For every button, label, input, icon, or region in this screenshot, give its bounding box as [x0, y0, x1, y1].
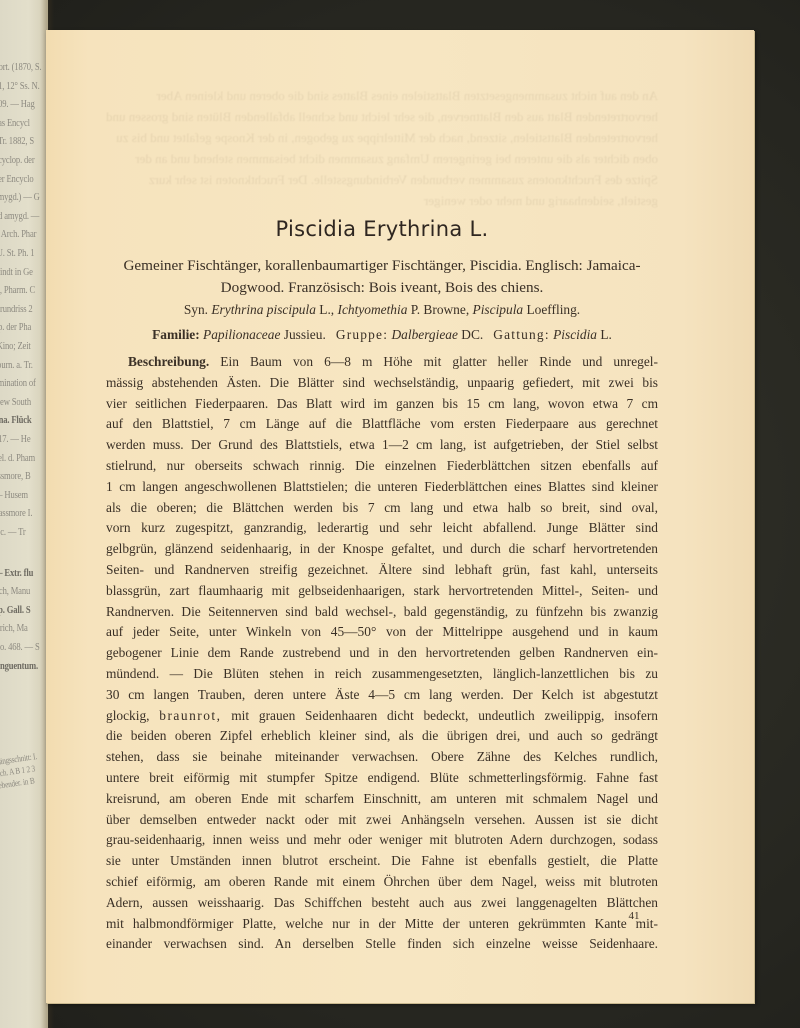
familie-name: Papilionaceae	[203, 327, 280, 342]
left-page-text-fragment: 809. — Hag	[0, 97, 41, 111]
description-line: stielrund, nur oberseits schwach rinnig.…	[106, 456, 658, 477]
description-line: einander verwachsen sind. An derselben S…	[106, 934, 658, 955]
left-page-text-fragment: op. der Pha	[0, 320, 41, 334]
left-page-text-fragment: — Husem	[0, 488, 41, 502]
show-through-text: An den auf nicht zusammengesetzten Blatt…	[106, 85, 658, 235]
gattung-author: L.	[600, 327, 612, 342]
left-page-text-fragment: 417. — He	[0, 432, 41, 446]
left-page-text-fragment: windt in Ge	[0, 265, 41, 279]
description-line: gebogener Linie dem Rande zustrebend und…	[106, 643, 658, 664]
left-page-text-fragment: Journ. a. Tr.	[0, 358, 41, 372]
book-page: An den auf nicht zusammengesetzten Blatt…	[46, 30, 754, 1003]
gattung-name: Piscidia	[553, 327, 597, 342]
synonym-author: L.,	[319, 302, 334, 317]
description-paragraph: Beschreibung. Ein Baum von 6—8 m Höhe mi…	[106, 352, 658, 955]
description-line: als die oberen; die Blättchen werden bis…	[106, 498, 658, 519]
left-page-text-fragment: yel. d. Pham	[0, 451, 41, 465]
description-line: glockig, braunrot, mit grauen Seidenhaar…	[106, 706, 658, 727]
page-number: 41	[622, 910, 646, 922]
description-line: untere breit eiförmig mit stumpfer Spitz…	[106, 768, 658, 789]
page-title: Piscidia Erythrina L.	[106, 217, 658, 241]
left-page-text-fragment: das Encycl	[0, 116, 41, 130]
description-line: mit halbmondförmiger Platte, welche nur …	[106, 914, 658, 935]
description-line: Adern, aussen weisshaarig. Das Schiffche…	[106, 893, 658, 914]
left-page-text-fragment: Port. (1870, S.	[0, 60, 41, 74]
synonym-author: Loeffling.	[526, 302, 580, 317]
left-page-text-fragment: Passmore I.	[0, 506, 41, 520]
description-line: Seiten- und Randnerven streifig gezeichn…	[106, 560, 658, 581]
left-page-text-fragment: s, Arch. Phar	[0, 227, 41, 241]
description-line: kreisrund, am oberen Ende mit scharfem E…	[106, 789, 658, 810]
description-line: mässig abstehenden Ästen. Die Blätter si…	[106, 373, 658, 394]
synonyms-line: Syn. Erythrina piscipula L., Ichtyomethi…	[106, 302, 658, 318]
synonym-name: Erythrina piscipula	[211, 302, 316, 317]
description-line: stehen, dass sie beinahe miteinander ver…	[106, 747, 658, 768]
left-page-text-fragment: — Extr. flu	[0, 566, 41, 580]
description-line: 1 cm langen angeschwollenen Blattstielen…	[106, 477, 658, 498]
left-page-text-fragment: No. 468. — S	[0, 640, 41, 654]
description-line: Randnerven. Die Seitennerven sind bald w…	[106, 602, 658, 623]
left-page-text-fragment: -Kino; Zeit	[0, 339, 41, 353]
description-lead: Beschreibung.	[128, 354, 209, 369]
description-line: auf jeder Seite, unter Winkeln von 45—50…	[106, 622, 658, 643]
left-page-text-fragment: nd amygd. —	[0, 209, 41, 223]
gruppe-label: Gruppe:	[336, 327, 388, 342]
synonym-name: Ichtyomethia	[338, 302, 408, 317]
description-line: grau-seidenhaarig, innen weiss und mehr …	[106, 830, 658, 851]
common-names-line-1: Gemeiner Fischtänger, korallenbaumartige…	[106, 255, 658, 277]
gruppe-name: Dalbergieae	[391, 327, 457, 342]
familie-author: Jussieu.	[284, 327, 326, 342]
gattung-label: Gattung:	[493, 327, 549, 342]
left-page-text-fragment: el, Pharm. C	[0, 283, 41, 297]
left-page-text-fragment: . Tr. 1882, S	[0, 134, 41, 148]
description-line: die beiden oberen Zipfel erheblich klein…	[106, 726, 658, 747]
description-line: vier seitlichen Fiederpaaren. Das Blatt …	[106, 394, 658, 415]
left-page-text-fragment: 91, 12° Ss. N.	[0, 79, 41, 93]
gruppe-author: DC.	[461, 327, 483, 342]
left-page-text-fragment: der Encyclo	[0, 172, 41, 186]
description-line: Beschreibung. Ein Baum von 6—8 m Höhe mi…	[106, 352, 658, 373]
common-names: Gemeiner Fischtänger, korallenbaumartige…	[106, 255, 658, 299]
description-line: gelbgrün, glänzend seidenhaarig, in der …	[106, 539, 658, 560]
left-page-text-fragment: ncyclop. der	[0, 153, 41, 167]
description-line: über demselben entweder nackt oder mit z…	[106, 810, 658, 831]
left-page-text-fragment: amygd.) — G	[0, 190, 41, 204]
left-page-text-fragment: nna. Flück	[0, 413, 41, 427]
description-line: werden muss. Der Grund des Blattstiels, …	[106, 435, 658, 456]
spaced-word-braunrot: braunrot,	[159, 708, 221, 723]
description-line: blassgrün, zart flaumhaarig mit gelbseid…	[106, 581, 658, 602]
synonym-author: P. Browne,	[411, 302, 469, 317]
synonyms-prefix: Syn.	[184, 302, 208, 317]
left-page-text-fragment: New South	[0, 395, 41, 409]
description-line: 30 cm langen Trauben, deren untere Äste …	[106, 685, 658, 706]
left-page-text-fragment: assmore, B	[0, 469, 41, 483]
left-page-text-fragment: op. Gall. S	[0, 603, 41, 617]
description-line: sie unter Umständen innen blutrot ersche…	[106, 851, 658, 872]
left-page-text-fragment: rich, Manu	[0, 584, 41, 598]
left-page-text-fragment: Grundriss 2	[0, 302, 41, 316]
description-line: mündend. — Die Blüten stehen in reich zu…	[106, 664, 658, 685]
description-line: vorn kurz zugespitzt, ganzrandig, ledera…	[106, 518, 658, 539]
left-page-text-fragment: Unguentum.	[0, 659, 41, 673]
left-page-text-fragment: terich, Ma	[0, 621, 41, 635]
common-names-line-2: Dogwood. Französisch: Bois iveant, Bois …	[106, 277, 658, 299]
left-page-text-fragment: -U. St. Ph. 1	[0, 246, 41, 260]
description-line: auf den Blattstiel, 7 cm Länge auf die B…	[106, 414, 658, 435]
taxonomy-line: Familie: Papilionaceae Jussieu. Gruppe: …	[106, 327, 658, 343]
left-page-text-fragment: amination of	[0, 376, 41, 390]
synonym-name: Piscipula	[473, 302, 524, 317]
description-line: schief eiförmig, am oberen Rande mit ein…	[106, 872, 658, 893]
left-page-text-fragment: l. c. — Tr	[0, 525, 41, 539]
familie-label: Familie:	[152, 327, 200, 342]
